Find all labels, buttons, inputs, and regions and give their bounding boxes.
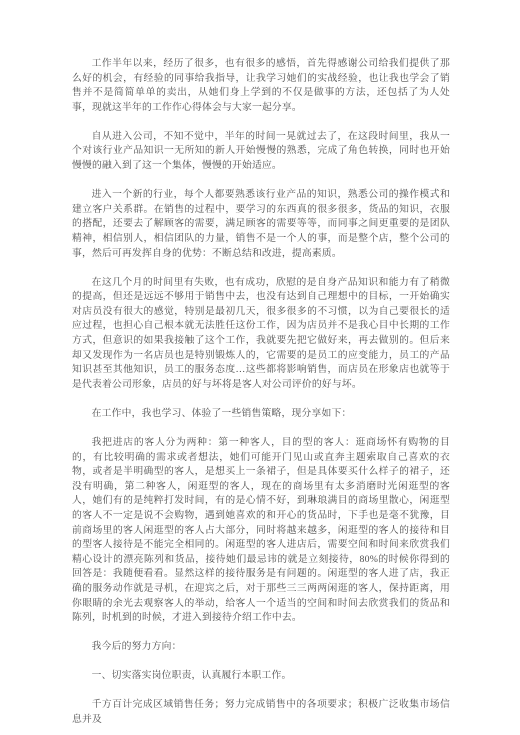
paragraph-joining-company: 自从进入公司，不知不觉中，半年的时间一晃就过去了，在这段时间里，我从一个对该行业… [72, 130, 450, 174]
paragraph-future-direction-lead: 我今后的努力方向： [72, 640, 450, 655]
document-page: 工作半年以来，经历了很多，也有很多的感悟，首先得感谢公司给我们提供了那么好的机会… [0, 0, 520, 735]
paragraph-sales-tasks: 千方百计完成区域销售任务；努力完成销售中的各项要求；积极广泛收集市场信息并及 [72, 698, 450, 727]
document-text-body: 工作半年以来，经历了很多，也有很多的感悟，首先得感谢公司给我们提供了那么好的机会… [72, 57, 450, 728]
paragraph-customer-types: 我把进店的客人分为两种：第一种客人，目的型的客人：逛商场怀有购物的目的，有比较明… [72, 436, 450, 626]
paragraph-sales-strategy-lead: 在工作中，我也学习、体验了一些销售策略，现分享如下： [72, 407, 450, 422]
paragraph-reflection: 在这几个月的时间里有失败，也有成功，欣慰的是自身产品知识和能力有了稍微的提高，但… [72, 276, 450, 393]
paragraph-intro: 工作半年以来，经历了很多，也有很多的感悟，首先得感谢公司给我们提供了那么好的机会… [72, 57, 450, 115]
paragraph-new-industry: 进入一个新的行业，每个人都要熟悉该行业产品的知识，熟悉公司的操作模式和建立客户关… [72, 188, 450, 261]
paragraph-item-one: 一、切实落实岗位职责，认真履行本职工作。 [72, 669, 450, 684]
